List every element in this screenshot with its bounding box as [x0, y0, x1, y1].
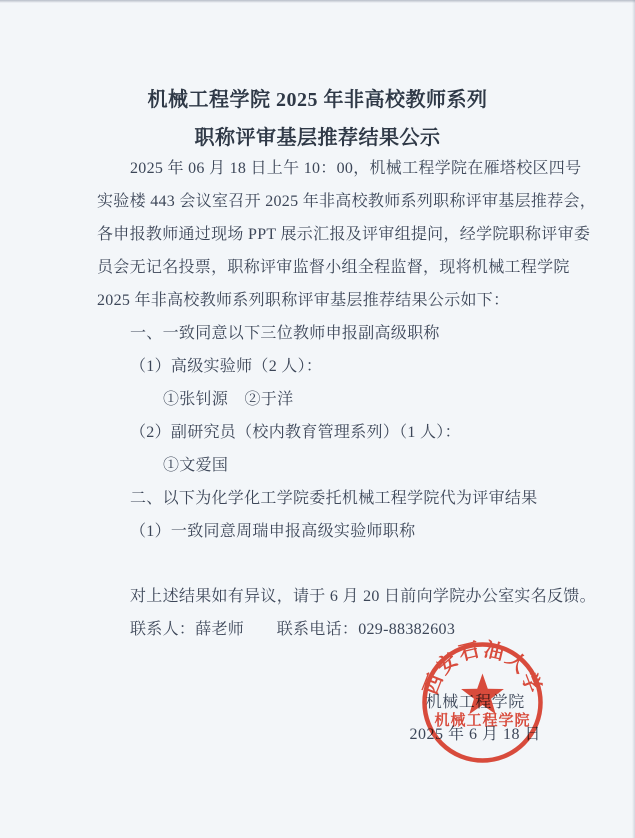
signature-date: 2025 年 6 月 18 日	[409, 719, 541, 751]
paragraph-line: 2025 年 06 月 18 日上午 10：00，机械工程学院在雁塔校区四号	[97, 152, 581, 185]
title-line-1: 机械工程学院 2025 年非高校教师系列	[0, 81, 635, 119]
paragraph-line: 2025 年非高校教师系列职称评审基层推荐结果公示如下：	[97, 284, 581, 317]
document-title: 机械工程学院 2025 年非高校教师系列 职称评审基层推荐结果公示	[0, 81, 635, 157]
item-2-1: （1）一致同意周瑞申报高级实验师职称	[97, 515, 581, 548]
signature-org: 机械工程学院	[409, 687, 541, 719]
objection-notice: 对上述结果如有异议，请于 6 月 20 日前向学院办公室实名反馈。	[97, 580, 581, 613]
paragraph-line: 各申报教师通过现场 PPT 展示汇报及评审组提问，经学院职称评审委	[97, 218, 581, 251]
paragraph-line: 实验楼 443 会议室召开 2025 年非高校教师系列职称评审基层推荐会，	[97, 185, 581, 218]
section-1-heading: 一、一致同意以下三位教师申报副高级职称	[97, 317, 581, 350]
signature-block: 机械工程学院 2025 年 6 月 18 日	[409, 687, 541, 751]
paragraph-line: 员会无记名投票，职称评审监督小组全程监督，现将机械工程学院	[97, 251, 581, 284]
contact-line: 联系人：薛老师 联系电话：029-88382603	[97, 613, 581, 646]
section-2-heading: 二、以下为化学化工学院委托机械工程学院代为评审结果	[97, 482, 581, 515]
item-1-1: （1）高级实验师（2 人）：	[97, 350, 581, 383]
document-page: 机械工程学院 2025 年非高校教师系列 职称评审基层推荐结果公示 2025 年…	[0, 0, 635, 838]
document-body: 2025 年 06 月 18 日上午 10：00，机械工程学院在雁塔校区四号 实…	[0, 152, 635, 646]
item-1-1-names: ①张钊源 ②于洋	[97, 383, 581, 416]
item-1-2: （2）副研究员（校内教育管理系列）（1 人）：	[97, 416, 581, 449]
item-1-2-names: ①文爱国	[97, 449, 581, 482]
